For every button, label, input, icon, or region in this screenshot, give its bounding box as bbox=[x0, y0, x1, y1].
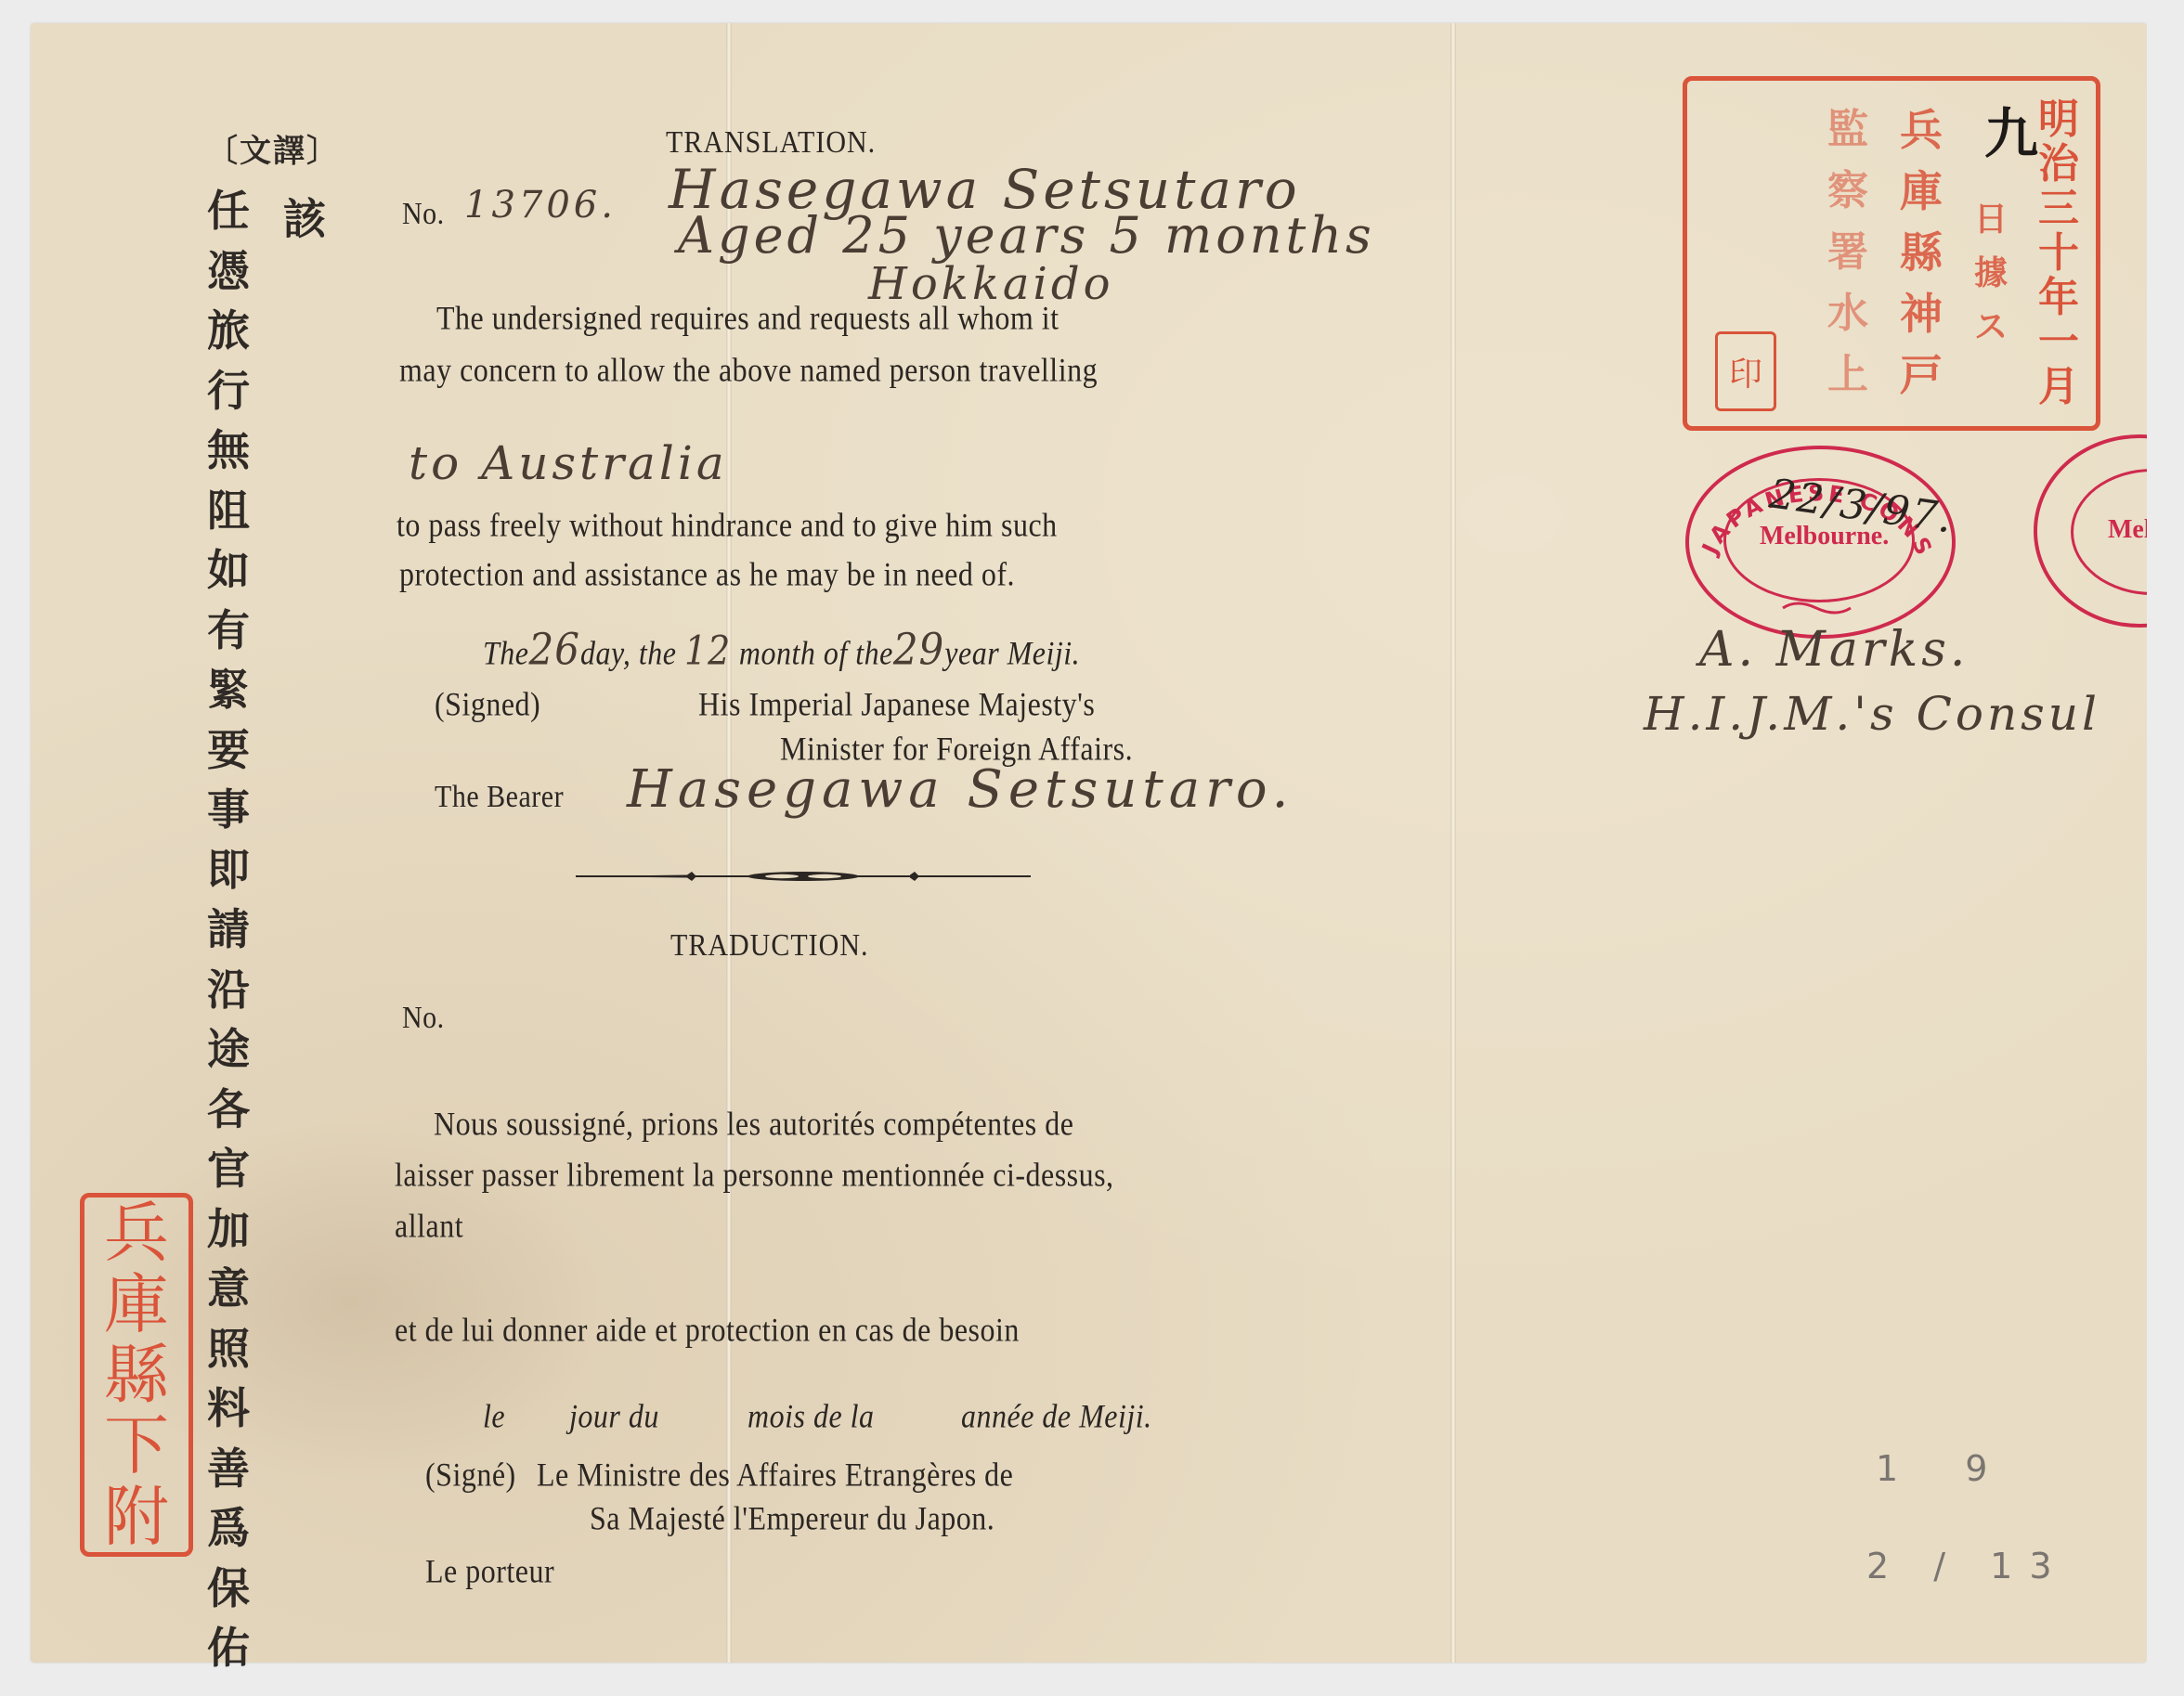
japanese-character: 佑 bbox=[207, 1618, 250, 1678]
japanese-header: 〔文譯〕 bbox=[206, 125, 340, 171]
french-signer-line1: Le Ministre des Affaires Etrangères de bbox=[537, 1456, 1013, 1494]
stamp-character: 監 bbox=[1827, 99, 1868, 161]
date-day-value: 26 bbox=[529, 624, 580, 675]
issue-stamp: 明治三十年一月 九 日據ス 兵庫縣神戸 監察署水上 印 bbox=[1683, 76, 2100, 431]
para1-line2: may concern to allow the above named per… bbox=[399, 351, 1098, 389]
japanese-character: 料 bbox=[207, 1379, 250, 1439]
japanese-character: 緊 bbox=[207, 660, 250, 720]
stamp-character: 察 bbox=[1827, 161, 1868, 222]
french-signer-line2: Sa Majesté l'Empereur du Japon. bbox=[590, 1499, 994, 1537]
signer-line1: His Imperial Japanese Majesty's bbox=[698, 685, 1095, 723]
date-the: The bbox=[483, 634, 529, 671]
japanese-character: 行 bbox=[207, 361, 250, 421]
signed-label: (Signed) bbox=[435, 685, 540, 723]
fold-line-right bbox=[1450, 23, 1456, 1663]
stamp-character: 水 bbox=[1827, 283, 1868, 344]
french-para1-line1: Nous soussigné, prions les autorités com… bbox=[434, 1105, 1073, 1143]
stamp-character: 日 bbox=[1974, 192, 2008, 246]
date-month-label: month of the bbox=[739, 634, 893, 671]
stamp-character: 三 bbox=[2038, 187, 2079, 231]
japanese-character: 沿 bbox=[207, 960, 250, 1020]
bearer-label: The Bearer bbox=[435, 780, 564, 815]
stamp-office-column: 監察署水上 bbox=[1827, 99, 1868, 406]
stamp-character: 上 bbox=[1827, 344, 1868, 406]
handwritten-age: Aged 25 years 5 months bbox=[678, 206, 1375, 265]
japanese-character: 請 bbox=[207, 900, 250, 960]
stamp-character: 縣 bbox=[1900, 222, 1943, 283]
french-number-label: No. bbox=[402, 1001, 445, 1036]
japanese-main-column: 任憑旅行無阻如有緊要事即請沿途各官加意照料善爲保佑 bbox=[202, 181, 254, 1678]
stamp-character: 治 bbox=[2038, 142, 2079, 187]
para1-line1: The undersigned requires and requests al… bbox=[436, 299, 1059, 337]
stamp-character: 十 bbox=[2038, 231, 2079, 276]
translation-title: TRANSLATION. bbox=[666, 125, 876, 161]
japanese-character: 意 bbox=[207, 1259, 250, 1319]
japanese-character: 保 bbox=[207, 1559, 250, 1619]
fold-line-left bbox=[726, 23, 732, 1663]
date-year-label: year Meiji. bbox=[944, 634, 1080, 671]
french-signed-label: (Signé) bbox=[425, 1456, 516, 1494]
japanese-character: 官 bbox=[207, 1139, 250, 1199]
consul-signature-name: A. Marks. bbox=[1699, 622, 1969, 678]
stamp-city-column: 兵庫縣神戸 bbox=[1900, 99, 1943, 406]
date-line: The26day, the 12 month of the29year Meij… bbox=[483, 624, 1080, 675]
japanese-character: 旅 bbox=[207, 301, 250, 361]
japanese-character: 如 bbox=[207, 540, 250, 601]
french-date-annee: année de Meiji. bbox=[961, 1397, 1152, 1435]
japanese-character: 照 bbox=[207, 1319, 250, 1379]
stamp-issuer-column: 日據ス bbox=[1974, 192, 2008, 354]
pencil-mark-bottom: 2 / 13 bbox=[1866, 1546, 2069, 1586]
stamp-small-seal: 印 bbox=[1715, 331, 1776, 411]
french-para2-line1: et de lui donner aide et protection en c… bbox=[395, 1311, 1020, 1349]
japanese-character: 阻 bbox=[207, 481, 250, 541]
date-month-value: 12 bbox=[684, 628, 731, 673]
japanese-character: 有 bbox=[207, 601, 250, 661]
seal-character: 下 bbox=[104, 1412, 169, 1479]
french-date-le: le bbox=[483, 1397, 505, 1435]
french-date-jour: jour du bbox=[569, 1397, 659, 1435]
stamp-character: 據 bbox=[1974, 246, 2008, 300]
japanese-character: 即 bbox=[207, 840, 250, 900]
stamp-character: ス bbox=[1974, 300, 2008, 354]
stamp-character: 年 bbox=[2038, 276, 2079, 320]
para2-line2: protection and assistance as he may be i… bbox=[399, 555, 1015, 593]
stamp-character: 明 bbox=[2038, 97, 2079, 142]
japanese-col-right: 該 bbox=[283, 186, 326, 247]
japanese-character: 爲 bbox=[207, 1498, 250, 1559]
japanese-character: 善 bbox=[207, 1439, 250, 1499]
stamp-character: 一 bbox=[2038, 320, 2079, 365]
japanese-character: 途 bbox=[207, 1019, 250, 1080]
stamp-character: 庫 bbox=[1900, 161, 1943, 222]
date-day-label: day, the bbox=[580, 634, 677, 671]
right-margin bbox=[2147, 0, 2184, 1696]
french-para1-line2: laisser passer librement la personne men… bbox=[395, 1156, 1114, 1194]
japanese-character: 任 bbox=[207, 181, 250, 241]
stamp-date-column: 明治三十年一月 bbox=[2038, 97, 2079, 409]
seal-character: 附 bbox=[104, 1483, 169, 1550]
stamp-character: 戸 bbox=[1900, 344, 1943, 406]
prefecture-seal: 兵庫縣下附 bbox=[80, 1193, 193, 1557]
passport-number: 13706. bbox=[464, 184, 617, 227]
seal-character: 兵 bbox=[104, 1199, 169, 1266]
number-label: No. bbox=[402, 197, 445, 232]
bearer-signature: Hasegawa Setsutaro. bbox=[627, 759, 1293, 820]
french-para1-line3: allant bbox=[395, 1207, 463, 1245]
stamp-character: 神 bbox=[1900, 283, 1943, 344]
para2-line1: to pass freely without hindrance and to … bbox=[396, 506, 1058, 544]
traduction-title: TRADUCTION. bbox=[670, 928, 869, 964]
consulate-partial-city: Mel bbox=[2108, 515, 2151, 545]
japanese-character: 加 bbox=[207, 1199, 250, 1260]
handwritten-destination: to Australia bbox=[409, 436, 728, 490]
seal-character: 庫 bbox=[104, 1271, 169, 1338]
ornamental-divider bbox=[576, 871, 1031, 882]
seal-character: 縣 bbox=[104, 1341, 169, 1408]
french-bearer-label: Le porteur bbox=[425, 1552, 554, 1590]
stamp-handwritten-day: 九 bbox=[1984, 90, 2038, 168]
pencil-mark-top: 1 9 bbox=[1876, 1448, 2015, 1489]
japanese-character: 無 bbox=[207, 421, 250, 481]
french-date-mois: mois de la bbox=[747, 1397, 875, 1435]
japanese-character: 憑 bbox=[207, 241, 250, 302]
stamp-character: 署 bbox=[1827, 222, 1868, 283]
stamp-character: 兵 bbox=[1900, 99, 1943, 161]
consul-signature-title: H.I.J.M.'s Consul bbox=[1644, 687, 2100, 741]
date-year-value: 29 bbox=[893, 624, 944, 675]
japanese-character: 事 bbox=[207, 780, 250, 840]
japanese-character: 各 bbox=[207, 1080, 250, 1140]
japanese-character: 要 bbox=[207, 720, 250, 781]
stamp-character: 月 bbox=[2038, 365, 2079, 409]
